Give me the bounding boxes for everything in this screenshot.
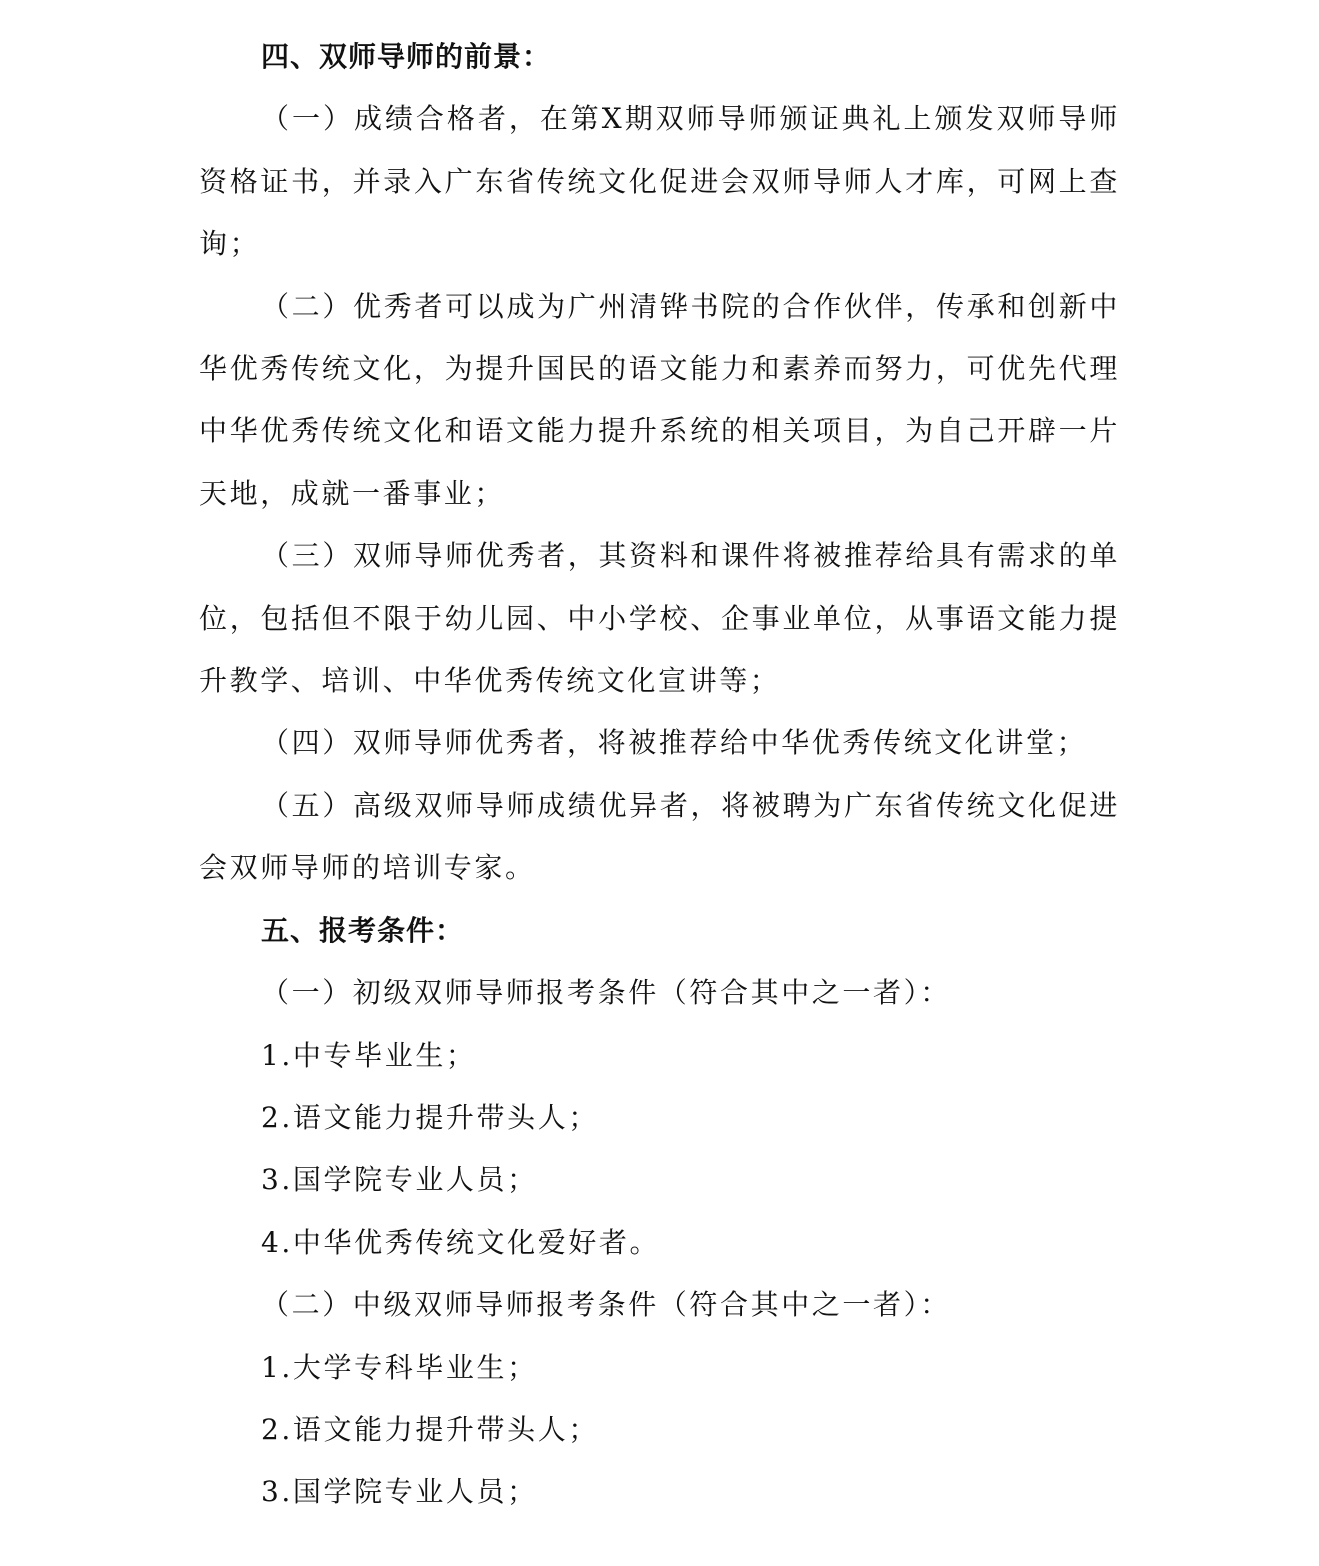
document-page: 四、双师导师的前景： （一）成绩合格者，在第X期双师导师颁证典礼上颁发双师导师资… xyxy=(199,26,1120,1524)
intermediate-requirements-title: （二）中级双师导师报考条件（符合其中之一者）： xyxy=(199,1274,1120,1336)
junior-requirements-title: （一）初级双师导师报考条件（符合其中之一者）： xyxy=(199,962,1120,1024)
paragraph-prospect-4: （四）双师导师优秀者，将被推荐给中华优秀传统文化讲堂； xyxy=(199,712,1120,774)
paragraph-prospect-5: （五）高级双师导师成绩优异者，将被聘为广东省传统文化促进会双师导师的培训专家。 xyxy=(199,775,1120,900)
paragraph-prospect-1: （一）成绩合格者，在第X期双师导师颁证典礼上颁发双师导师资格证书，并录入广东省传… xyxy=(199,88,1120,275)
junior-requirement-item: 4.中华优秀传统文化爱好者。 xyxy=(199,1212,1120,1274)
section-heading-prospects: 四、双师导师的前景： xyxy=(199,26,1120,88)
junior-requirement-item: 3.国学院专业人员； xyxy=(199,1149,1120,1211)
section-heading-requirements: 五、报考条件： xyxy=(199,900,1120,962)
junior-requirement-item: 2.语文能力提升带头人； xyxy=(199,1087,1120,1149)
intermediate-requirement-item: 2.语文能力提升带头人； xyxy=(199,1399,1120,1461)
paragraph-prospect-3: （三）双师导师优秀者，其资料和课件将被推荐给具有需求的单位，包括但不限于幼儿园、… xyxy=(199,525,1120,712)
intermediate-requirement-item: 3.国学院专业人员； xyxy=(199,1461,1120,1523)
junior-requirement-item: 1.中专毕业生； xyxy=(199,1025,1120,1087)
intermediate-requirement-item: 1.大学专科毕业生； xyxy=(199,1337,1120,1399)
paragraph-prospect-2: （二）优秀者可以成为广州清铧书院的合作伙伴，传承和创新中华优秀传统文化，为提升国… xyxy=(199,276,1120,526)
